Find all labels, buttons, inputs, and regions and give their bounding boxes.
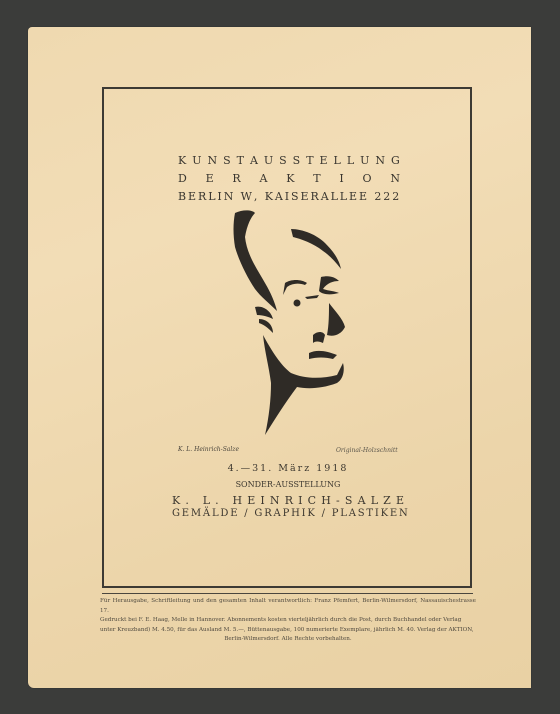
imprint-line-1: Für Herausgabe, Schriftleitung und den g… bbox=[100, 597, 476, 616]
artist-caption: K. L. Heinrich-Salze bbox=[178, 446, 239, 453]
exhibition-dates: 4.—31. März 1918 bbox=[172, 463, 404, 474]
imprint-line-2: Gedruckt bei F. E. Haag, Melle in Hannov… bbox=[100, 616, 476, 626]
works-list: GEMÄLDE / GRAPHIK / PLASTIKEN bbox=[172, 508, 404, 519]
artist-name: K. L. HEINRICH-SALZE bbox=[172, 494, 404, 507]
portrait-woodcut-icon bbox=[225, 207, 355, 437]
header-line-3: BERLIN W, KAISERALLEE 222 bbox=[178, 188, 400, 206]
exhibition-type: SONDER-AUSSTELLUNG bbox=[172, 480, 404, 489]
exhibition-header: KUNSTAUSSTELLUNG DERAKTION BERLIN W, KAI… bbox=[178, 152, 400, 206]
divider-rule bbox=[102, 593, 473, 594]
technique-caption: Original-Holzschnitt bbox=[336, 447, 398, 454]
header-line-1: KUNSTAUSSTELLUNG bbox=[178, 152, 400, 170]
header-line-2: DERAKTION bbox=[178, 170, 400, 188]
exhibition-details: 4.—31. März 1918 SONDER-AUSSTELLUNG K. L… bbox=[172, 460, 404, 519]
imprint-line-3: unter Kreuzband) M. 4.50, für das Auslan… bbox=[100, 626, 476, 636]
imprint-line-4: Berlin-Wilmersdorf. Alle Rechte vorbehal… bbox=[100, 635, 476, 645]
imprint-text: Für Herausgabe, Schriftleitung und den g… bbox=[100, 597, 476, 645]
